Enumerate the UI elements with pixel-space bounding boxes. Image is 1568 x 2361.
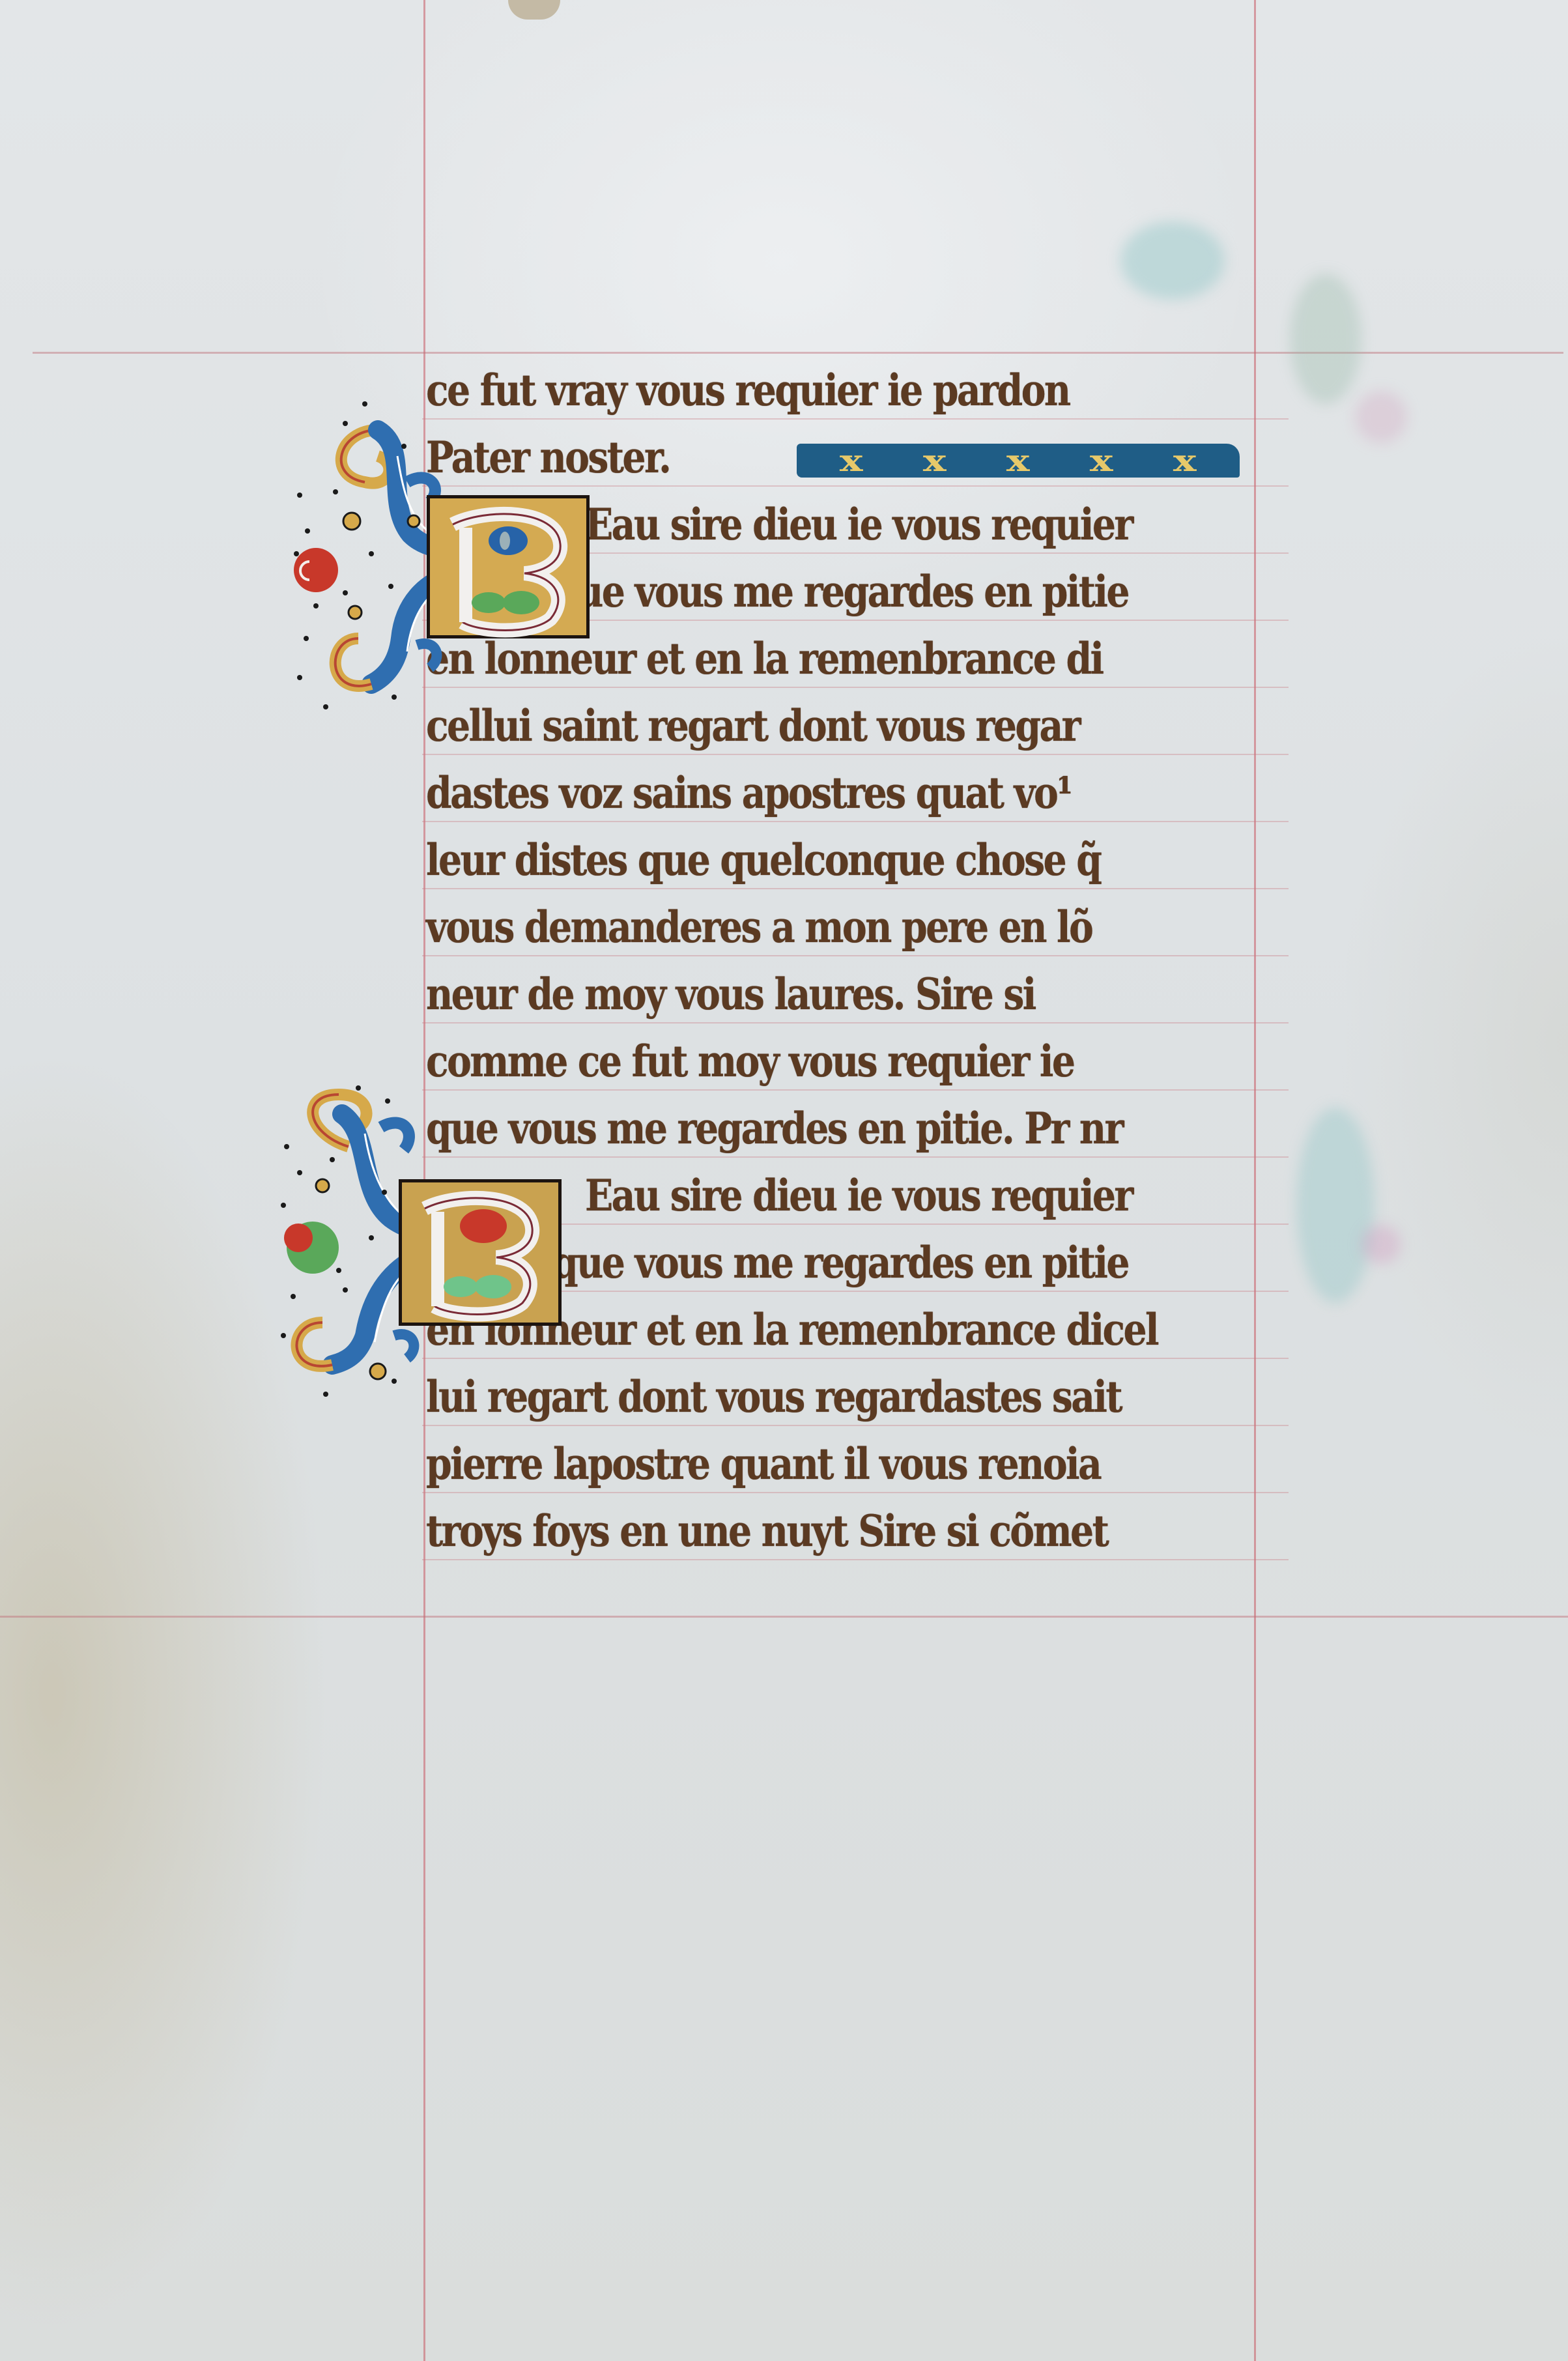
filler-glyph: x bbox=[1173, 443, 1197, 478]
initial-letter-b-icon bbox=[399, 1179, 562, 1326]
line-text: troys foys en une nuyt Sire si cõmet bbox=[426, 1506, 1107, 1556]
filler-glyph: x bbox=[1090, 443, 1113, 478]
filler-glyph: x bbox=[1006, 443, 1030, 478]
text-line: neur de moy vous laures. Sire si bbox=[422, 966, 1289, 1033]
initial-letter-b-icon bbox=[427, 495, 590, 638]
text-line: vous demanderes a mon pere en lõ bbox=[422, 898, 1289, 966]
ruling-bottom-horizontal bbox=[0, 1616, 1568, 1618]
text-line: dastes voz sains apostres quat vo¹ bbox=[422, 764, 1289, 831]
text-line: pierre lapostre quant il vous renoia bbox=[422, 1435, 1289, 1502]
line-text: vous demanderes a mon pere en lõ bbox=[426, 902, 1092, 952]
faded-border-ornament bbox=[1296, 1108, 1375, 1303]
faded-border-ornament bbox=[1120, 222, 1225, 300]
text-line: leur distes que quelconque chose q̃ bbox=[422, 831, 1289, 898]
stain-mark bbox=[508, 0, 560, 20]
line-text: Eau sire dieu ie vous requier bbox=[585, 1170, 1132, 1221]
line-text: dastes voz sains apostres quat vo¹ bbox=[426, 767, 1072, 818]
line-filler: x x x x x bbox=[797, 444, 1240, 478]
text-line: troys foys en une nuyt Sire si cõmet bbox=[422, 1502, 1289, 1569]
faded-border-ornament bbox=[1290, 274, 1361, 404]
line-text: Eau sire dieu ie vous requier bbox=[585, 499, 1132, 550]
line-text: neur de moy vous laures. Sire si bbox=[426, 969, 1035, 1020]
line-text: que vous me regardes en pitie bbox=[552, 1237, 1128, 1288]
filler-glyph: x bbox=[923, 443, 947, 478]
vellum-leaf: ce fut vray vous requier ie pardon Pater… bbox=[0, 0, 1568, 2361]
faded-border-ornament bbox=[1355, 391, 1407, 443]
line-text: pierre lapostre quant il vous renoia bbox=[426, 1438, 1100, 1489]
line-text: que vous me regardes en pitie bbox=[552, 566, 1128, 617]
illuminated-initial-1 bbox=[280, 391, 586, 717]
faded-border-ornament bbox=[1361, 1225, 1401, 1264]
illuminated-initial-2 bbox=[274, 1075, 580, 1401]
line-text: leur distes que quelconque chose q̃ bbox=[426, 835, 1100, 885]
filler-glyph: x bbox=[840, 443, 863, 478]
